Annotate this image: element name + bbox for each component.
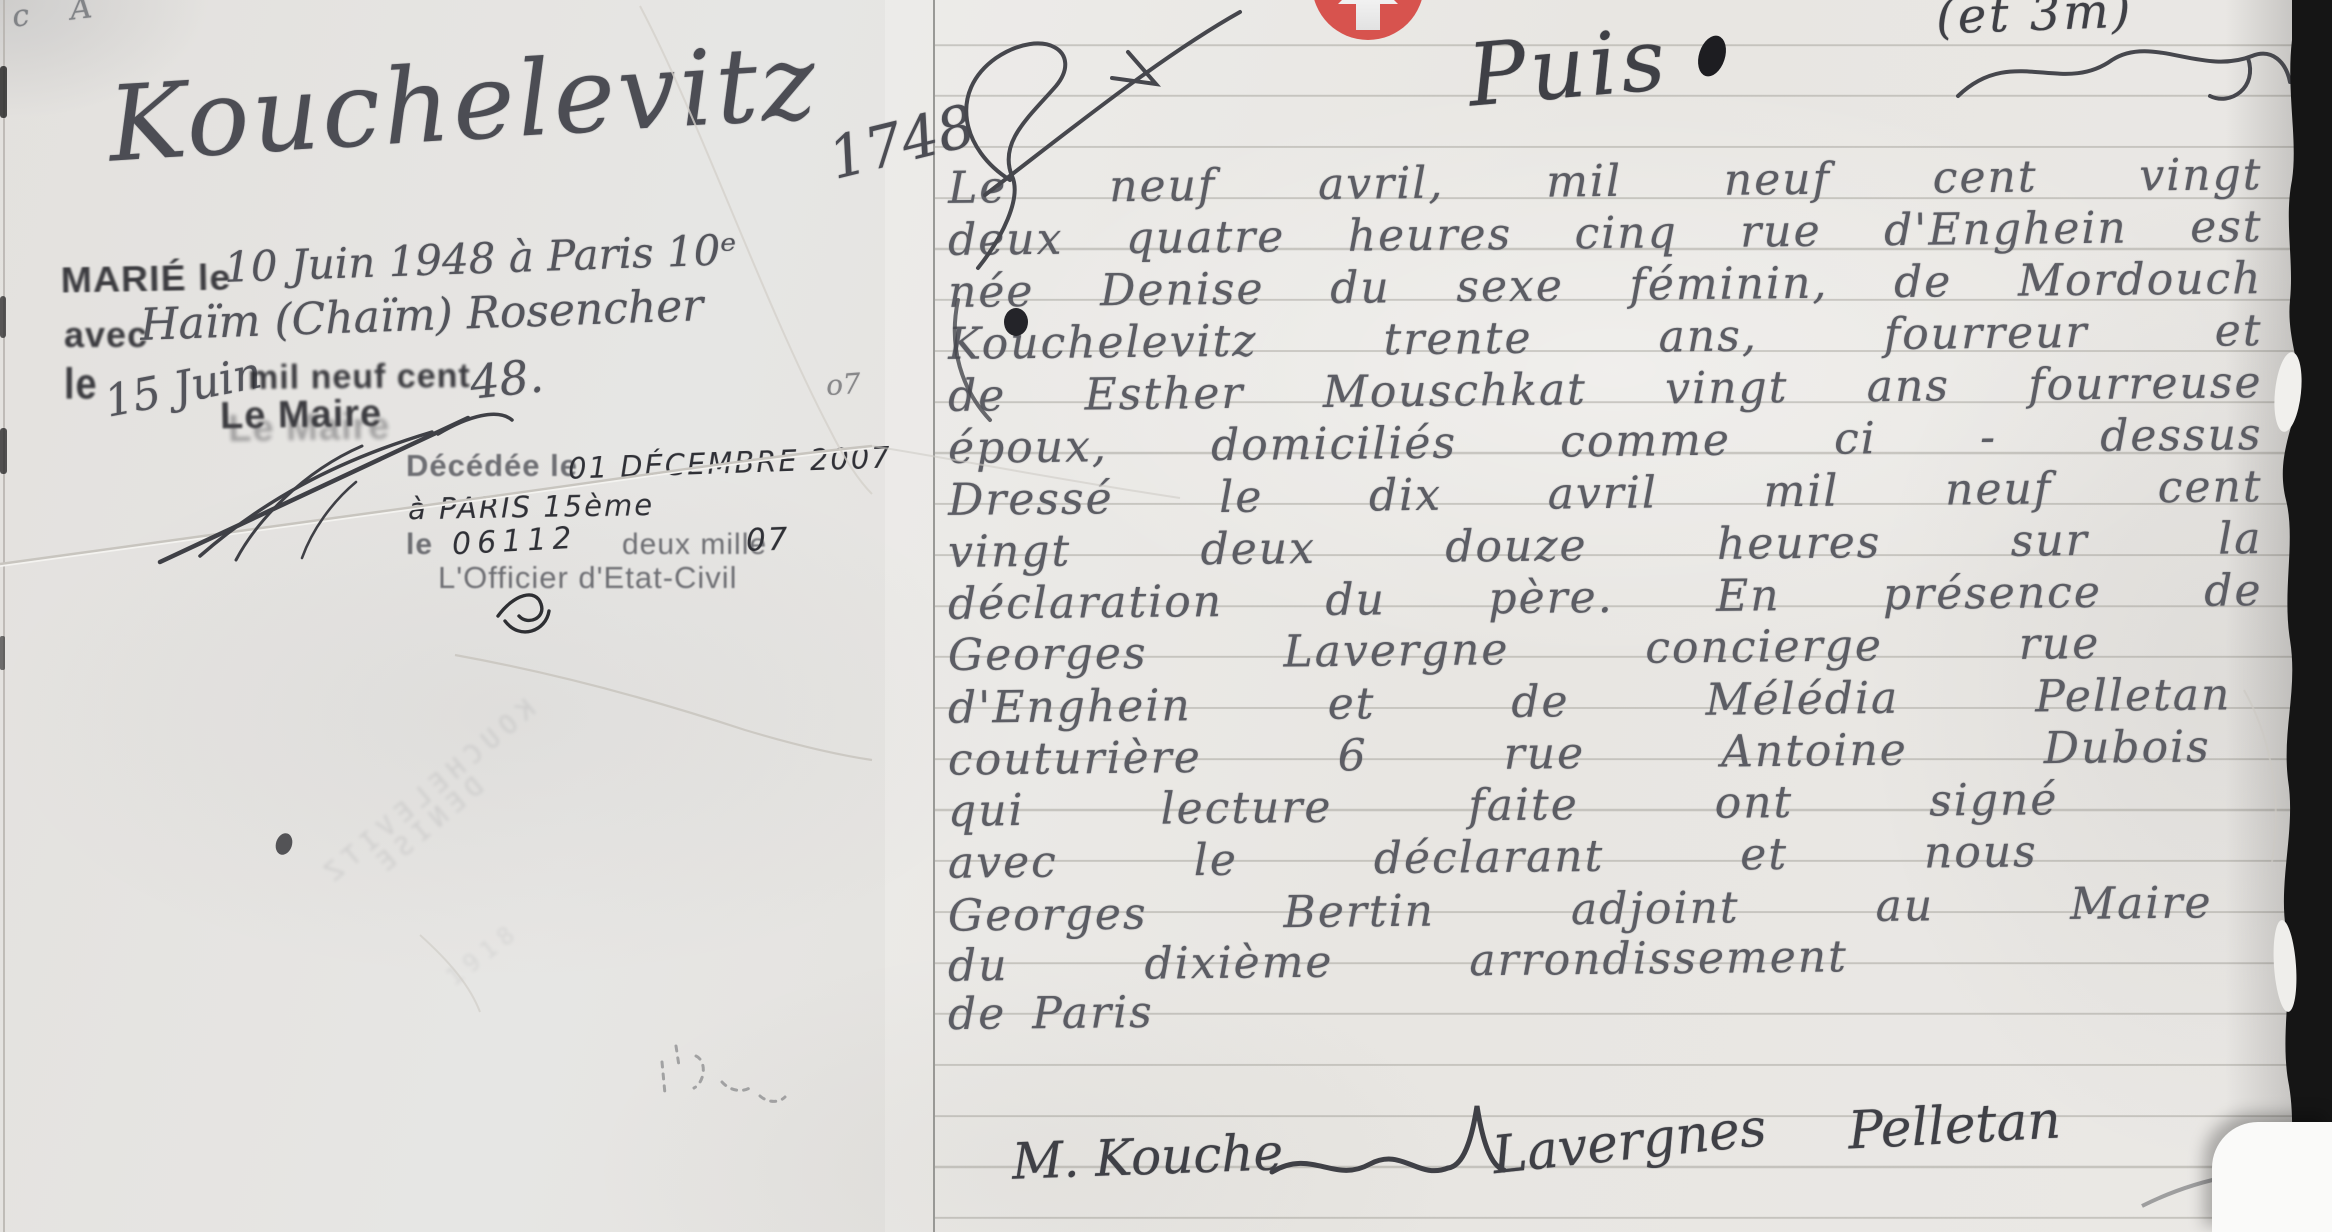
scan-artifacts — [0, 0, 2332, 1232]
page-curl-corner — [2212, 1122, 2332, 1232]
register-scan: c A Kouchelevitz 1748 MARIÉ le 10 Juin 1… — [0, 0, 2332, 1232]
arrow-up-icon — [1310, 0, 1430, 44]
scroll-top-button[interactable] — [1310, 0, 1430, 44]
